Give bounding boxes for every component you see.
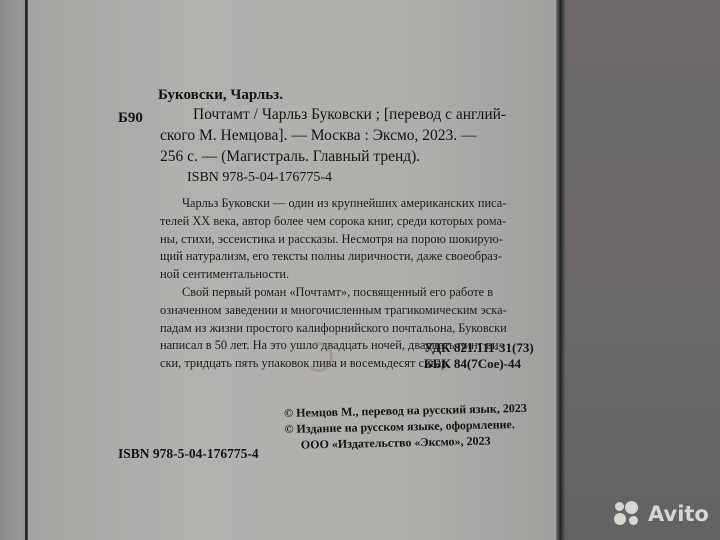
avito-watermark: Avito <box>614 501 709 527</box>
annotation-line: щий натурализм, его тексты полны лирично… <box>160 248 507 266</box>
book-gutter <box>556 0 566 540</box>
bleed-through-mark <box>305 342 333 372</box>
isbn-bottom: ISBN 978-5-04-176775-4 <box>118 446 259 462</box>
annotation-line: падам из жизни простого калифорнийского … <box>160 320 507 338</box>
biblio-line: 256 с. — (Магистраль. Главный тренд). <box>160 146 506 167</box>
annotation-line: Чарльз Буковски — один из крупнейших аме… <box>160 195 507 213</box>
annotation-line: означенном заведении и многочисленным тр… <box>160 302 507 320</box>
biblio-line: ского М. Немцова]. — Москва : Эксмо, 202… <box>160 125 506 146</box>
biblio-line: Почтамт / Чарльз Буковски ; [перевод с а… <box>160 104 506 125</box>
udk-code: УДК 821.111-31(73) <box>424 340 534 356</box>
copyright-block: © Немцов М., перевод на русский язык, 20… <box>284 400 528 453</box>
author-heading: Буковски, Чарльз. <box>158 87 283 104</box>
annotation-line: ной сентиментальности. <box>160 266 507 284</box>
bibliographic-record: Почтамт / Чарльз Буковски ; [перевод с а… <box>160 104 506 167</box>
previous-page-edge <box>0 0 27 540</box>
avito-dots-icon <box>614 501 644 527</box>
annotation-line: телей XX века, автор более чем сорока кн… <box>160 213 507 231</box>
classification-code: Б90 <box>118 110 143 127</box>
avito-brand-text: Avito <box>648 502 709 526</box>
annotation-line: Свой первый роман «Почтамт», посвященный… <box>160 284 507 302</box>
bbk-code: ББК 84(7Сое)-44 <box>424 356 534 372</box>
annotation-line: ны, стихи, эссеистика и рассказы. Несмот… <box>160 231 507 249</box>
classification-indices: УДК 821.111-31(73) ББК 84(7Сое)-44 <box>424 340 534 372</box>
facing-page <box>566 0 720 540</box>
isbn-top: ISBN 978-5-04-176775-4 <box>187 170 332 186</box>
